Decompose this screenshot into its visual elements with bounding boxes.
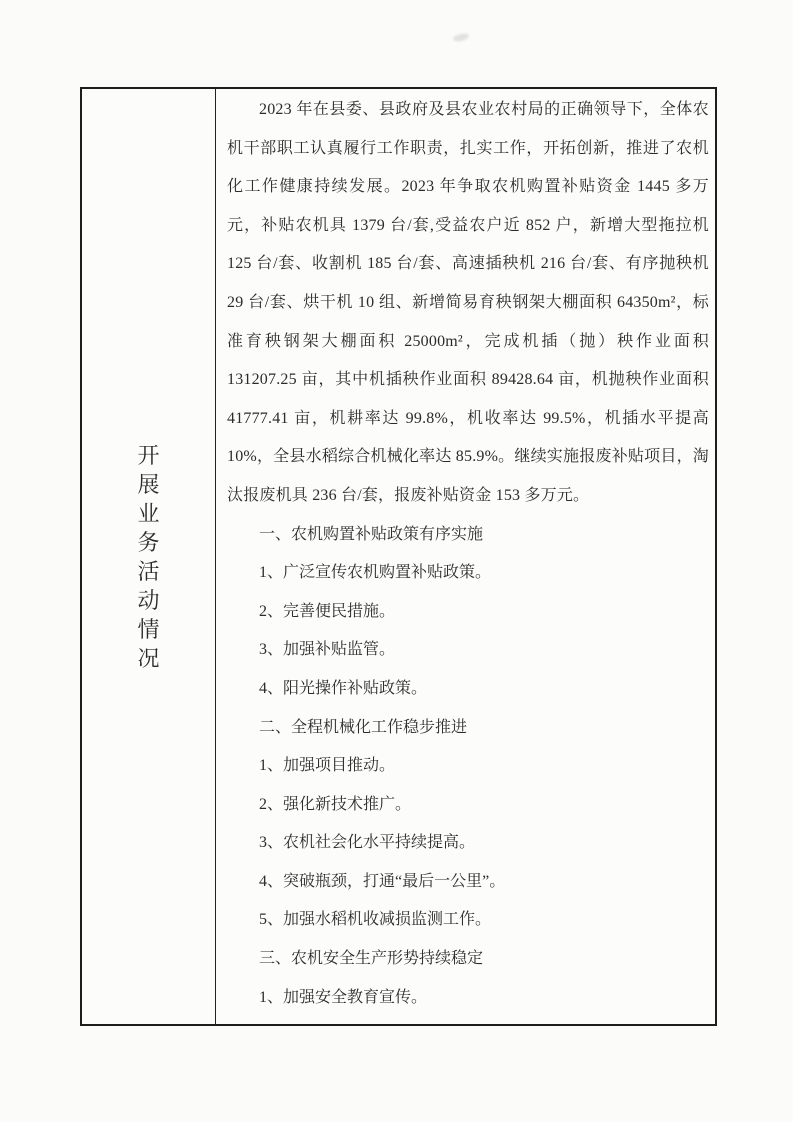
list-item: 1、广泛宣传农机购置补贴政策。 <box>227 554 709 593</box>
content-cell: 2023 年在县委、县政府及县农业农村局的正确领导下，全体农机干部职工认真履行工… <box>216 89 715 1024</box>
list-item: 3、加强补贴监管。 <box>227 631 709 670</box>
scanned-document-page: 开展业务活动情况 2023 年在县委、县政府及县农业农村局的正确领导下，全体农机… <box>0 0 793 1122</box>
list-item: 5、加强水稻机收减损监测工作。 <box>227 901 709 940</box>
report-table: 开展业务活动情况 2023 年在县委、县政府及县农业农村局的正确领导下，全体农机… <box>80 87 717 1026</box>
list-item: 2、强化新技术推广。 <box>227 786 709 825</box>
section-heading-2: 二、全程机械化工作稳步推进 <box>227 709 709 748</box>
list-item: 2、完善便民措施。 <box>227 593 709 632</box>
summary-paragraph: 2023 年在县委、县政府及县农业农村局的正确领导下，全体农机干部职工认真履行工… <box>227 91 709 516</box>
section-heading-3: 三、农机安全生产形势持续稳定 <box>227 940 709 979</box>
row-header-cell: 开展业务活动情况 <box>82 89 216 1024</box>
vertical-row-title: 开展业务活动情况 <box>136 441 162 673</box>
list-item: 1、加强安全教育宣传。 <box>227 979 709 1018</box>
list-item: 3、农机社会化水平持续提高。 <box>227 824 709 863</box>
section-heading-1: 一、农机购置补贴政策有序实施 <box>227 516 709 555</box>
list-item: 1、加强项目推动。 <box>227 747 709 786</box>
list-item: 4、突破瓶颈，打通“最后一公里”。 <box>227 863 709 902</box>
list-item: 4、阳光操作补贴政策。 <box>227 670 709 709</box>
scan-smudge-artifact <box>452 32 469 43</box>
